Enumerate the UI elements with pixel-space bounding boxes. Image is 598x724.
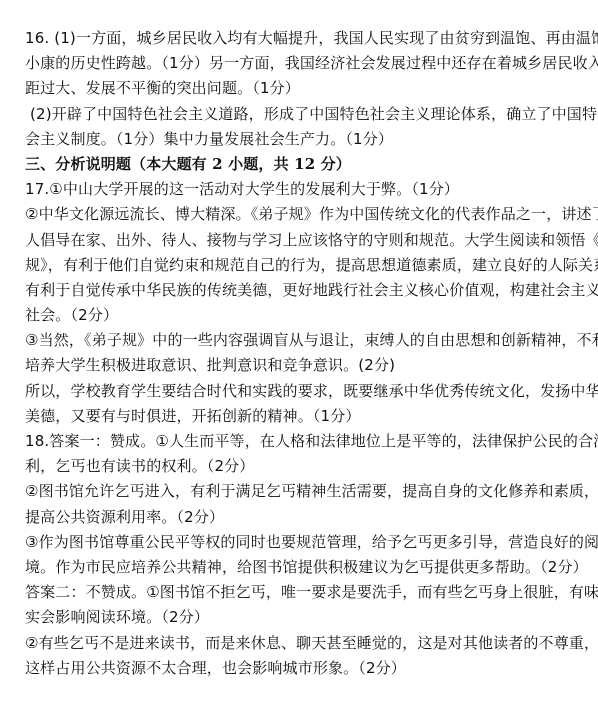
text-line: 培养大学生积极进取意识、批判意识和竞争意识。(2分) xyxy=(25,353,581,378)
text-line: 利，乞丐也有读书的权利。（2分） xyxy=(25,454,581,479)
text-line: 这样占用公共资源不太合理，也会影响城市形象。（2分） xyxy=(25,656,581,681)
text-line: 境。作为市民应培养公共精神，给图书馆提供积极建议为乞丐提供更多帮助。（2分） xyxy=(25,555,581,580)
text-line: 有利于自觉传承中华民族的传统美德，更好地践行社会主义核心价值观，构建社会主义和谐 xyxy=(25,278,581,303)
text-line: 美德，又要有与时俱进，开拓创新的精神。（1分） xyxy=(25,404,581,429)
q18-answer2-point1: 答案二：不赞成。①图书馆不拒乞丐，唯一要求是要洗手，而有些乞丐身上很脏，有味，确… xyxy=(25,580,581,630)
answer-document: 16. (1)一方面，城乡居民收入均有大幅提升，我国人民实现了由贫穷到温饱、再由… xyxy=(25,26,581,681)
text-line: (2)开辟了中国特色社会主义道路，形成了中国特色社会主义理论体系，确立了中国特色… xyxy=(25,102,581,127)
section-heading: 三、分析说明题（本大题有 2 小题，共 12 分） xyxy=(25,152,581,177)
text-line: 实会影响阅读环境。（2分） xyxy=(25,605,581,630)
text-line: 规》，有利于他们自觉约束和规范自己的行为，提高思想道德素质，建立良好的人际关系， xyxy=(25,253,581,278)
q17-point3: ③当然，《弟子规》中的一些内容强调盲从与退让，束缚人的自由思想和创新精神，不利于… xyxy=(25,328,581,378)
text-line: 距过大、发展不平衡的突出问题。（1分） xyxy=(25,76,581,101)
text-line: 17.①中山大学开展的这一活动对大学生的发展利大于弊。（1分） xyxy=(25,177,581,202)
text-line: ②中华文化源远流长、博大精深。《弟子规》作为中国传统文化的代表作品之一，讲述了古 xyxy=(25,202,581,227)
text-line: 16. (1)一方面，城乡居民收入均有大幅提升，我国人民实现了由贫穷到温饱、再由… xyxy=(25,26,581,51)
text-line: 会主义制度。（1分）集中力量发展社会生产力。（1分） xyxy=(25,127,581,152)
q17-point1: 17.①中山大学开展的这一活动对大学生的发展利大于弊。（1分） xyxy=(25,177,581,202)
text-line: 18.答案一：赞成。①人生而平等，在人格和法律地位上是平等的，法律保护公民的合法… xyxy=(25,429,581,454)
q18-answer1-point2: ②图书馆允许乞丐进入，有利于满足乞丐精神生活需要，提高自身的文化修养和素质，有利… xyxy=(25,479,581,529)
text-line: ③当然，《弟子规》中的一些内容强调盲从与退让，束缚人的自由思想和创新精神，不利于 xyxy=(25,328,581,353)
text-line: 小康的历史性跨越。（1分）另一方面，我国经济社会发展过程中还存在着城乡居民收入差 xyxy=(25,51,581,76)
q16-part2: (2)开辟了中国特色社会主义道路，形成了中国特色社会主义理论体系，确立了中国特色… xyxy=(25,102,581,152)
text-line: 提高公共资源利用率。（2分） xyxy=(25,505,581,530)
q18-answer2-point2: ②有些乞丐不是进来读书，而是来休息、聊天甚至睡觉的，这是对其他读者的不尊重，同时… xyxy=(25,631,581,681)
text-line: 答案二：不赞成。①图书馆不拒乞丐，唯一要求是要洗手，而有些乞丐身上很脏，有味，确 xyxy=(25,580,581,605)
q17-conclusion: 所以，学校教育学生要结合时代和实践的要求，既要继承中华优秀传统文化，发扬中华传统… xyxy=(25,379,581,429)
text-line: 所以，学校教育学生要结合时代和实践的要求，既要继承中华优秀传统文化，发扬中华传统 xyxy=(25,379,581,404)
text-line: 人倡导在家、出外、待人、接物与学习上应该恪守的守则和规范。大学生阅读和领悟《弟子 xyxy=(25,228,581,253)
q18-answer1-point1: 18.答案一：赞成。①人生而平等，在人格和法律地位上是平等的，法律保护公民的合法… xyxy=(25,429,581,479)
text-line: ③作为图书馆尊重公民平等权的同时也要规范管理，给予乞丐更多引导，营造良好的阅读环 xyxy=(25,530,581,555)
text-line: ②有些乞丐不是进来读书，而是来休息、聊天甚至睡觉的，这是对其他读者的不尊重，同时 xyxy=(25,631,581,656)
q18-answer1-point3: ③作为图书馆尊重公民平等权的同时也要规范管理，给予乞丐更多引导，营造良好的阅读环… xyxy=(25,530,581,580)
q16-part1: 16. (1)一方面，城乡居民收入均有大幅提升，我国人民实现了由贫穷到温饱、再由… xyxy=(25,26,581,102)
text-line: ②图书馆允许乞丐进入，有利于满足乞丐精神生活需要，提高自身的文化修养和素质，有利… xyxy=(25,479,581,504)
text-line: 社会。（2分） xyxy=(25,303,581,328)
q17-point2: ②中华文化源远流长、博大精深。《弟子规》作为中国传统文化的代表作品之一，讲述了古… xyxy=(25,202,581,328)
